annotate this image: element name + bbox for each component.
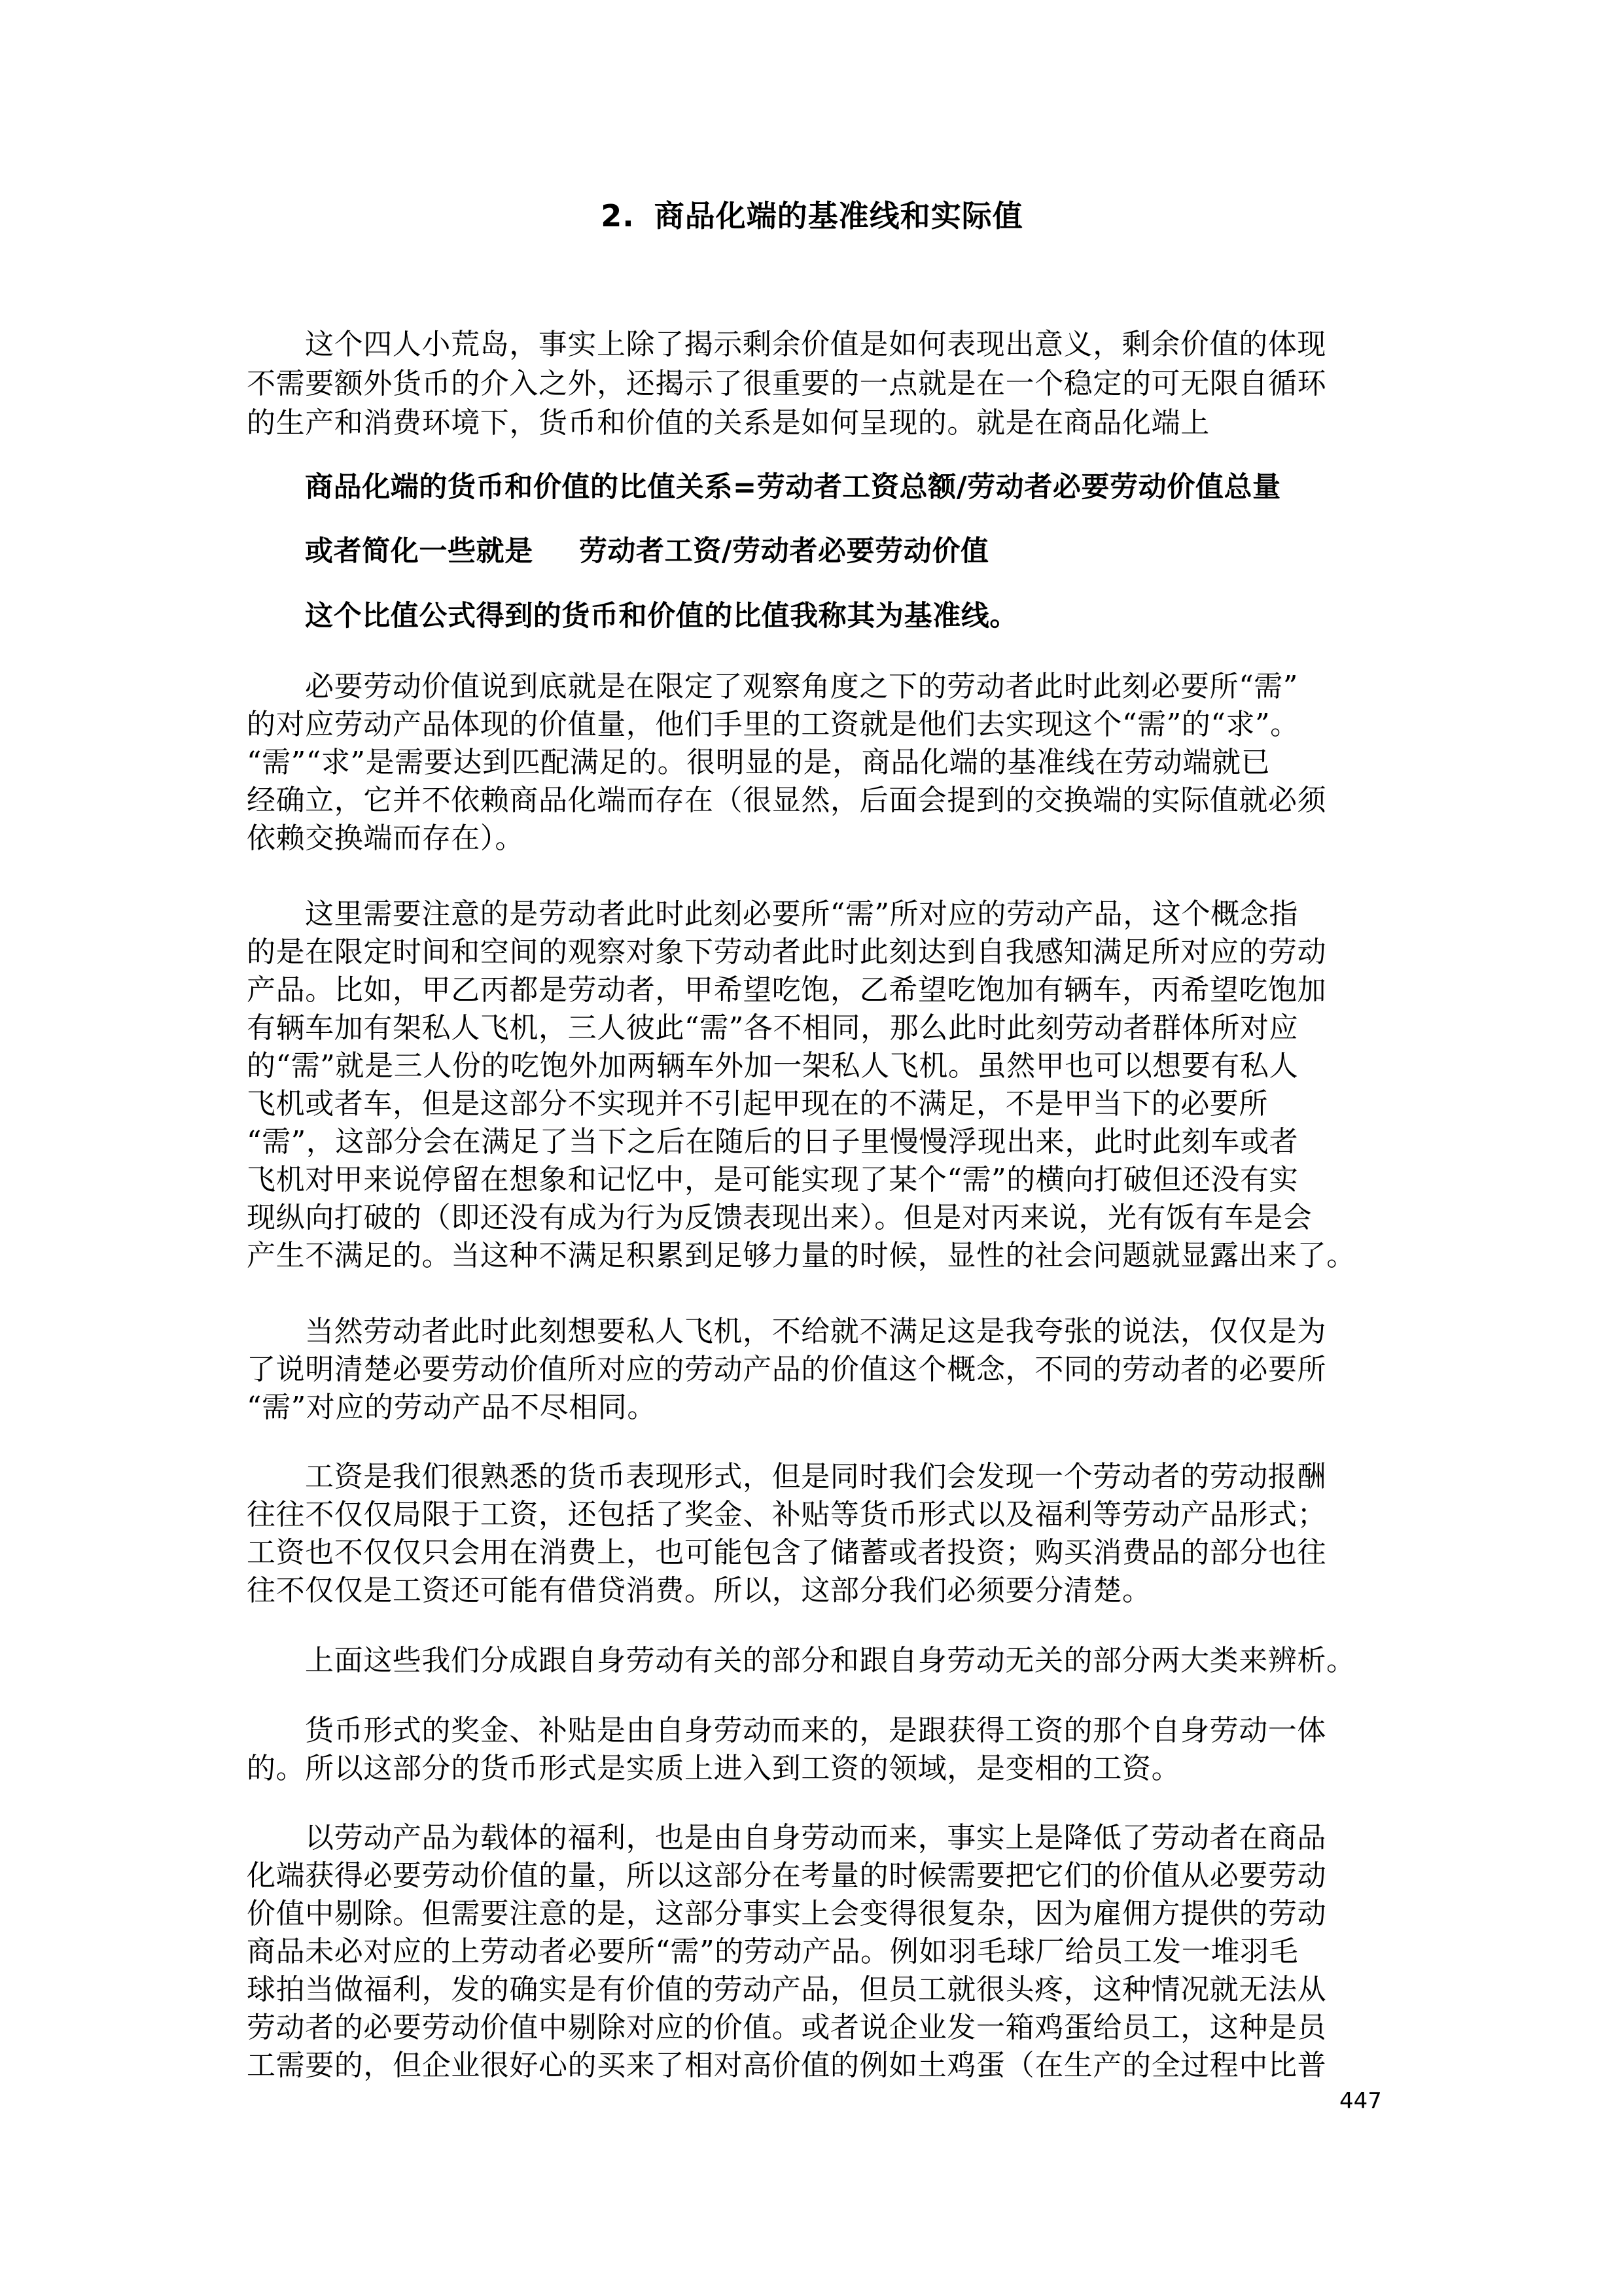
text-line: 货币形式的奖金、补贴是由自身劳动而来的，是跟获得工资的那个自身劳动一体 (305, 1711, 1326, 1750)
text-line: 的对应劳动产品体现的价值量，他们手里的工资就是他们去实现这个“需”的“求”。 (247, 705, 1299, 744)
text-line: 价值中剔除。但需要注意的是，这部分事实上会变得很复杂，因为雇佣方提供的劳动 (247, 1894, 1326, 1934)
formula-simplified-expression: 劳动者工资/劳动者必要劳动价值 (579, 535, 989, 568)
text-line: 以劳动产品为载体的福利，也是由自身劳动而来，事实上是降低了劳动者在商品 (305, 1818, 1326, 1858)
text-line: 当然劳动者此时此刻想要私人飞机，不给就不满足这是我夸张的说法，仅仅是为 (305, 1312, 1326, 1351)
text-line: 工资是我们很熟悉的货币表现形式，但是同时我们会发现一个劳动者的劳动报酬 (305, 1457, 1326, 1497)
text-line: 这个四人小荒岛，事实上除了揭示剩余价值是如何表现出意义，剩余价值的体现 (305, 325, 1326, 364)
text-line: “需”“求”是需要达到匹配满足的。很明显的是，商品化端的基准线在劳动端就已 (247, 743, 1270, 782)
page-number: 447 (1339, 2087, 1382, 2115)
text-line: 劳动者的必要劳动价值中剔除对应的价值。或者说企业发一箱鸡蛋给员工，这种是员 (247, 2008, 1326, 2047)
text-line: 不需要额外货币的介入之外，还揭示了很重要的一点就是在一个稳定的可无限自循环 (247, 364, 1326, 404)
text-line: 有辆车加有架私人飞机，三人彼此“需”各不相同，那么此时此刻劳动者群体所对应 (247, 1009, 1298, 1048)
text-line: 的。所以这部分的货币形式是实质上进入到工资的领域，是变相的工资。 (247, 1749, 1180, 1788)
formula-ratio: 商品化端的货币和价值的比值关系=劳动者工资总额/劳动者必要劳动价值总量 (305, 468, 1281, 507)
text-line: 依赖交换端而存在）。 (247, 819, 524, 858)
section-title: 商品化端的基准线和实际值 (654, 198, 1023, 234)
text-line: 的是在限定时间和空间的观察对象下劳动者此时此刻达到自我感知满足所对应的劳动 (247, 933, 1326, 972)
text-line: 往不仅仅是工资还可能有借贷消费。所以，这部分我们必须要分清楚。 (247, 1571, 1152, 1610)
text-line: 产品。比如，甲乙丙都是劳动者，甲希望吃饱，乙希望吃饱加有辆车，丙希望吃饱加 (247, 971, 1326, 1010)
text-line: “需”，这部分会在满足了当下之后在随后的日子里慢慢浮现出来，此时此刻车或者 (247, 1122, 1298, 1162)
baseline-definition: 这个比值公式得到的货币和价值的比值我称其为基准线。 (305, 597, 1018, 636)
document-page: 2.商品化端的基准线和实际值 这个四人小荒岛，事实上除了揭示剩余价值是如何表现出… (0, 0, 1624, 2296)
formula-simplified-prefix: 或者简化一些就是 (305, 535, 533, 568)
text-line: 上面这些我们分成跟自身劳动有关的部分和跟自身劳动无关的部分两大类来辨析。 (305, 1641, 1356, 1680)
section-number: 2. (601, 198, 634, 234)
text-line: 工需要的，但企业很好心的买来了相对高价值的例如土鸡蛋（在生产的全过程中比普 (247, 2046, 1326, 2085)
text-line: 工资也不仅仅只会用在消费上，也可能包含了储蓄或者投资；购买消费品的部分也往 (247, 1533, 1326, 1573)
text-line: “需”对应的劳动产品不尽相同。 (247, 1388, 656, 1427)
text-line: 的生产和消费环境下，货币和价值的关系是如何呈现的。就是在商品化端上 (247, 404, 1210, 443)
text-line: 现纵向打破的（即还没有成为行为反馈表现出来）。但是对丙来说，光有饭有车是会 (247, 1198, 1312, 1238)
text-line: 往往不仅仅局限于工资，还包括了奖金、补贴等货币形式以及福利等劳动产品形式； (247, 1495, 1326, 1535)
text-line: 飞机或者车，但是这部分不实现并不引起甲现在的不满足，不是甲当下的必要所 (247, 1085, 1268, 1124)
text-line: 飞机对甲来说停留在想象和记忆中，是可能实现了某个“需”的横向打破但还没有实 (247, 1160, 1298, 1200)
formula-simplified: 或者简化一些就是劳动者工资/劳动者必要劳动价值 (305, 532, 989, 571)
text-line: 了说明清楚必要劳动价值所对应的劳动产品的价值这个概念，不同的劳动者的必要所 (247, 1350, 1326, 1389)
text-line: 化端获得必要劳动价值的量，所以这部分在考量的时候需要把它们的价值从必要劳动 (247, 1856, 1326, 1896)
section-heading: 2.商品化端的基准线和实际值 (0, 196, 1624, 235)
text-line: 产生不满足的。当这种不满足积累到足够力量的时候，显性的社会问题就显露出来了。 (247, 1236, 1356, 1276)
text-line: 经确立，它并不依赖商品化端而存在（很显然，后面会提到的交换端的实际值就必须 (247, 781, 1326, 820)
text-line: 的“需”就是三人份的吃饱外加两辆车外加一架私人飞机。虽然甲也可以想要有私人 (247, 1047, 1298, 1086)
text-line: 商品未必对应的上劳动者必要所“需”的劳动产品。例如羽毛球厂给员工发一堆羽毛 (247, 1932, 1298, 1972)
text-line: 球拍当做福利，发的确实是有价值的劳动产品，但员工就很头疼，这种情况就无法从 (247, 1970, 1326, 2009)
text-line: 这里需要注意的是劳动者此时此刻必要所“需”所对应的劳动产品，这个概念指 (305, 895, 1298, 934)
text-line: 必要劳动价值说到底就是在限定了观察角度之下的劳动者此时此刻必要所“需” (305, 667, 1298, 706)
